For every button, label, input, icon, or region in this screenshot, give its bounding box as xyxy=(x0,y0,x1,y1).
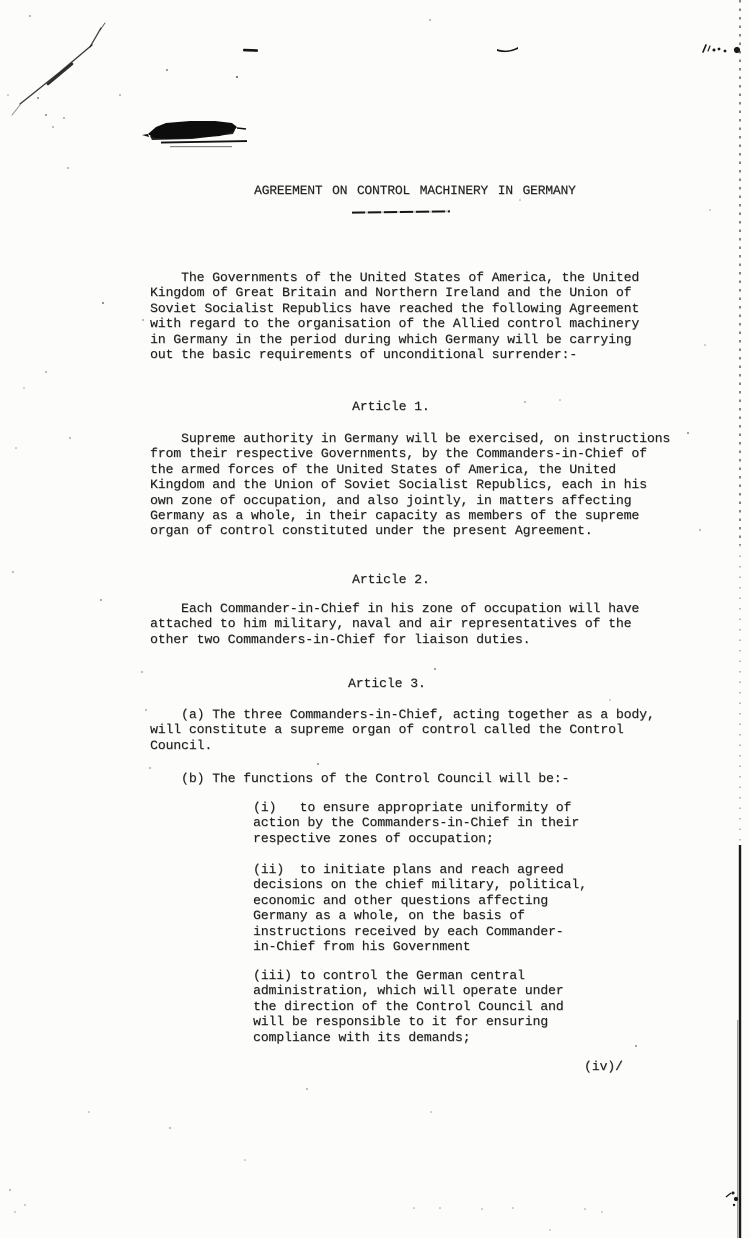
redaction-stamp xyxy=(140,112,260,156)
preamble-paragraph: The Governments of the United States of … xyxy=(150,270,639,362)
article-3-item-iii: (iii) to control the German central admi… xyxy=(253,968,564,1045)
article-3-item-ii: (ii) to initiate plans and reach agreed … xyxy=(253,862,587,954)
page-marker: (iv)/ xyxy=(584,1059,623,1074)
article-3-para-b: (b) The functions of the Control Council… xyxy=(150,771,569,786)
page-edge-artifact xyxy=(726,0,740,1238)
article-3-item-i: (i) to ensure appropriate uniformity of … xyxy=(253,800,579,846)
scanned-document-page: AGREEMENT ON CONTROL MACHINERY IN GERMAN… xyxy=(0,0,750,1238)
stray-pen-dashes xyxy=(243,47,518,52)
document-title: AGREEMENT ON CONTROL MACHINERY IN GERMAN… xyxy=(254,183,576,198)
article-3-para-a: (a) The three Commanders-in-Chief, actin… xyxy=(150,707,655,753)
article-2-heading: Article 2. xyxy=(352,572,430,587)
pencil-scratch-mark xyxy=(12,23,105,115)
title-underline xyxy=(352,210,450,213)
article-1-body: Supreme authority in Germany will be exe… xyxy=(150,431,670,539)
corner-pen-marks xyxy=(703,45,740,53)
article-3-heading: Article 3. xyxy=(348,676,426,691)
article-1-heading: Article 1. xyxy=(352,399,430,414)
article-2-body: Each Commander-in-Chief in his zone of o… xyxy=(150,601,639,647)
